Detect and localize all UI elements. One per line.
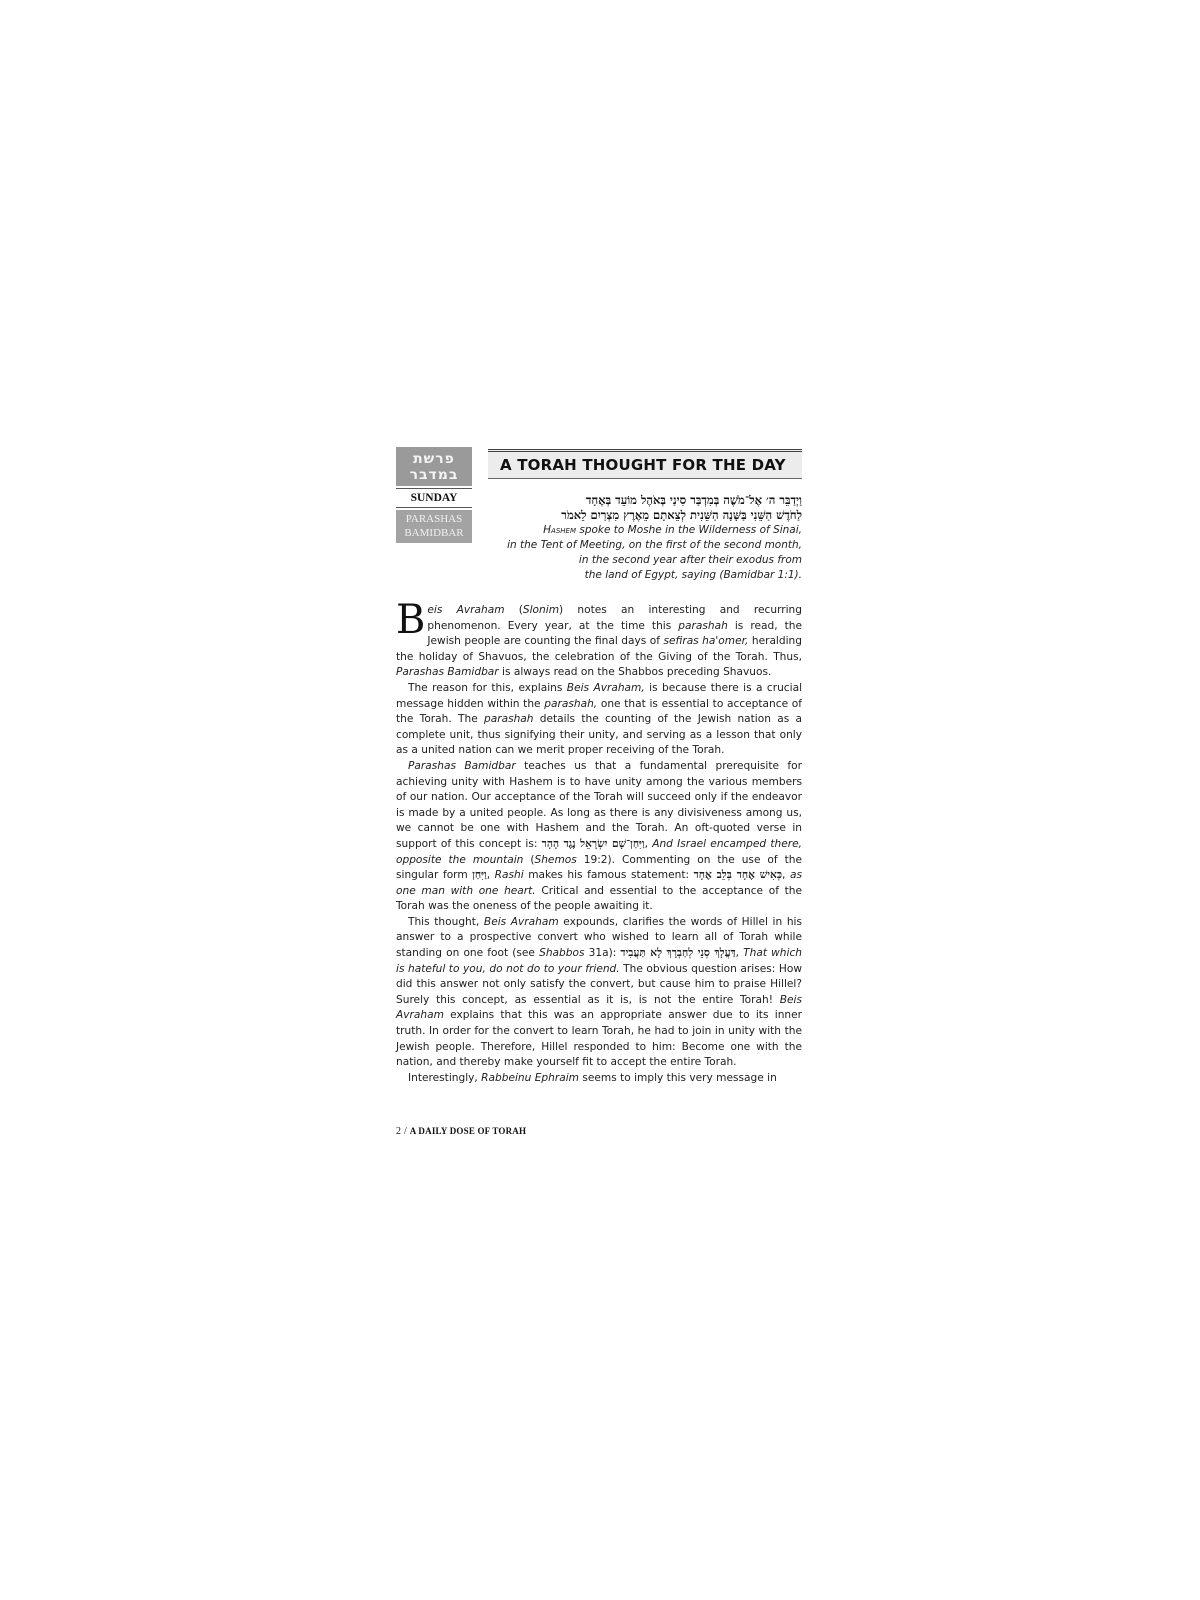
hebrew-word: וַיִּחַן [472,869,486,881]
hebrew-parsha-box: פרשת במדבר [396,447,472,486]
paragraph-1: Beis Avraham (Slonim) notes an interesti… [396,603,802,681]
divine-name: Hashem [543,524,576,536]
hebrew-parsha-line2: במדבר [396,467,472,483]
divider [396,488,472,489]
hebrew-parsha-line1: פרשת [396,451,472,467]
page-number: 2 [396,1126,401,1137]
book-title: A DAILY DOSE OF TORAH [410,1126,526,1136]
body-text: Beis Avraham (Slonim) notes an interesti… [396,603,802,1086]
separator: / [404,1126,407,1137]
verse-block: וַיְדַבֵּר ה׳ אֶל־מֹשֶׁה בְּמִדְבַּר סִי… [476,493,802,583]
verse-translation-line3: in the second year after their exodus fr… [476,553,802,568]
hebrew-quote: וַיִּחַן־שָׁם יִשְׂרָאֵל נֶגֶד הָהָר [542,838,645,850]
drop-cap: B [396,604,425,636]
section-header: A TORAH THOUGHT FOR THE DAY [488,449,802,479]
section-title: A TORAH THOUGHT FOR THE DAY [500,456,786,474]
hebrew-quote: דַּעֲלָךְ סְנֵי לְחַבְרָךְ לָא תַּעֲבִיד [620,947,735,959]
verse-translation-line2: in the Tent of Meeting, on the first of … [476,538,802,553]
parsha-line2: BAMIDBAR [396,526,472,540]
verse-hebrew-line2: לַחֹדֶשׁ הַשֵּׁנִי בַּשָּׁנָה הַשֵּׁנִית… [476,508,802,523]
page-footer: 2/A DAILY DOSE OF TORAH [396,1126,526,1137]
sidebar-label: פרשת במדבר SUNDAY PARASHAS BAMIDBAR [396,447,472,543]
day-label: SUNDAY [396,491,472,505]
paragraph-3: Parashas Bamidbar teaches us that a fund… [396,759,802,915]
verse-translation-line4: the land of Egypt, saying (Bamidbar 1:1)… [476,568,802,583]
parsha-line1: PARASHAS [396,512,472,526]
paragraph-2: The reason for this, explains Beis Avrah… [396,681,802,759]
hebrew-quote: כְּאִישׁ אֶחָד בְּלֵב אֶחָד [694,869,782,881]
paragraph-4: This thought, Beis Avraham expounds, cla… [396,915,802,1071]
verse-translation-line1: Hashem spoke to Moshe in the Wilderness … [476,523,802,538]
paragraph-5: Interestingly, Rabbeinu Ephraim seems to… [396,1071,802,1087]
parsha-name-box: PARASHAS BAMIDBAR [396,510,472,543]
verse-hebrew-line1: וַיְדַבֵּר ה׳ אֶל־מֹשֶׁה בְּמִדְבַּר סִי… [476,493,802,508]
divider [396,507,472,508]
